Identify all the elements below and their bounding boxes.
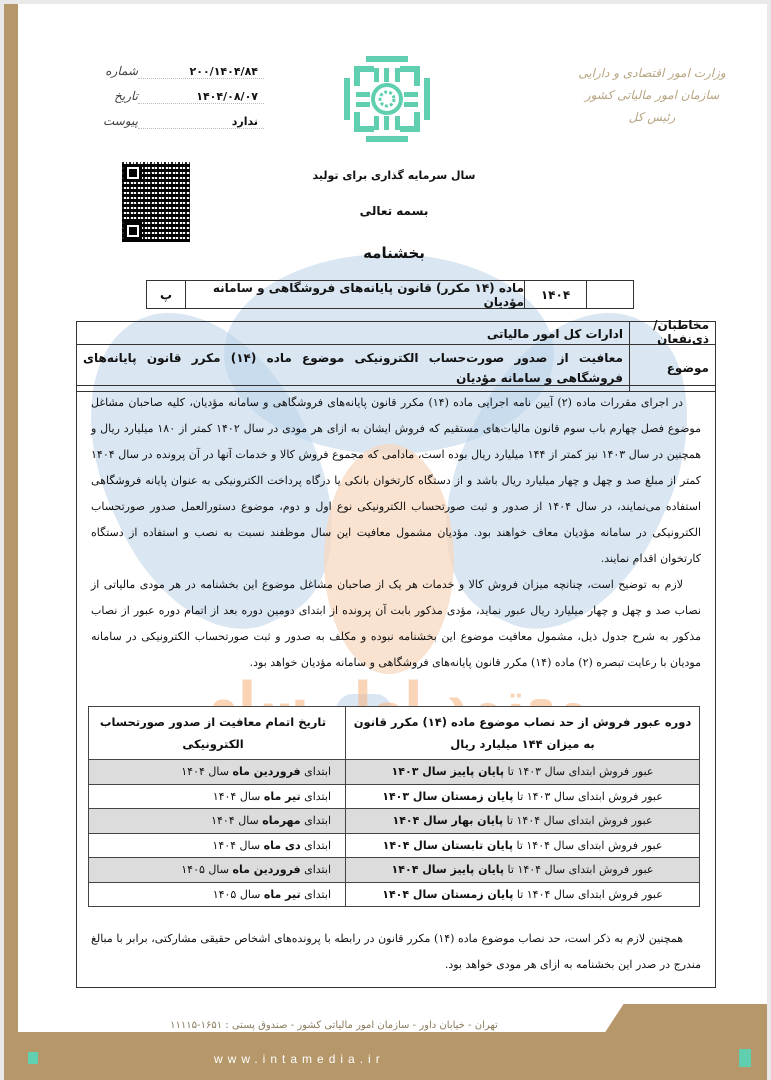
date-year: سال ۱۴۰۴ — [181, 765, 232, 778]
tax-organization-logo-icon — [344, 56, 430, 142]
letter-page: معتمد اول سام وزارت امور اقتصادی و دارای… — [4, 4, 767, 1080]
recipients-value: ادارات کل امور مالیاتی — [77, 322, 629, 344]
date-prefix: ابتدای — [301, 814, 331, 827]
period-prefix: عبور فروش ابتدای سال ۱۴۰۴ تا — [504, 863, 653, 876]
footer-bar — [4, 1032, 767, 1080]
invocation: بسمه تعالی — [244, 204, 544, 218]
table-header-row: دوره عبور فروش از حد نصاب موضوع ماده (۱۴… — [89, 707, 700, 760]
period-end: پایان بهار سال ۱۴۰۴ — [392, 814, 503, 827]
date-year: سال ۱۴۰۴ — [213, 790, 264, 803]
letter-date: ۱۴۰۴/۰۸/۰۷ — [138, 90, 264, 104]
footer-address: تهران - خیابان داور - سازمان امور مالیات… — [124, 1020, 544, 1031]
date-prefix: ابتدای — [301, 765, 331, 778]
body-paragraph-3: همچنین لازم به ذکر است، حد نصاب موضوع ما… — [91, 926, 701, 978]
period-end: پایان تابستان سال ۱۴۰۴ — [383, 839, 513, 852]
footer-website-link[interactable]: www.intamedia.ir — [214, 1052, 385, 1066]
period-prefix: عبور فروش ابتدای سال ۱۴۰۴ تا — [503, 814, 652, 827]
table-row: عبور فروش ابتدای سال ۱۴۰۴ تا پایان پاییز… — [89, 858, 700, 883]
period-prefix: عبور فروش ابتدای سال ۱۴۰۳ تا — [504, 765, 653, 778]
date-year: سال ۱۴۰۵ — [181, 863, 232, 876]
qr-code-icon — [122, 162, 190, 242]
attachment-label: پیوست — [94, 114, 138, 128]
date-month: تیر ماه — [264, 790, 301, 803]
period-end: پایان پاییز سال ۱۴۰۴ — [392, 863, 504, 876]
ministry-heading: وزارت امور اقتصادی و دارایی سازمان امور … — [557, 62, 747, 128]
attachment-row: ندارد پیوست — [94, 114, 264, 139]
table-row: عبور فروش ابتدای سال ۱۴۰۳ تا پایان زمستا… — [89, 784, 700, 809]
date-prefix: ابتدای — [301, 863, 331, 876]
accent-square-left-icon — [28, 1052, 38, 1064]
table-row: عبور فروش ابتدای سال ۱۴۰۴ تا پایان زمستا… — [89, 882, 700, 907]
footer-notch — [604, 1004, 767, 1034]
date-prefix: ابتدای — [301, 790, 331, 803]
date-month: فروردین ماه — [232, 863, 300, 876]
date-prefix: ابتدای — [301, 888, 331, 901]
subject-table: مخاطبان/ذی‌نفعان ادارات کل امور مالیاتی … — [76, 321, 716, 392]
letter-date-row: ۱۴۰۴/۰۸/۰۷ تاریخ — [94, 89, 264, 114]
attachment-value: ندارد — [138, 115, 264, 129]
code-blank-cell — [586, 281, 633, 308]
period-end: پایان پاییز سال ۱۴۰۳ — [392, 765, 504, 778]
date-month: فروردین ماه — [232, 765, 300, 778]
body-paragraph-2: لازم به توضیح است، چنانچه میزان فروش کال… — [91, 572, 701, 676]
document-type-title: بخشنامه — [244, 244, 544, 262]
table-row: عبور فروش ابتدای سال ۱۴۰۳ تا پایان پاییز… — [89, 760, 700, 785]
date-month: تیر ماه — [264, 888, 301, 901]
frame-left-bar — [4, 4, 18, 1080]
letter-number-label: شماره — [94, 64, 138, 78]
year-slogan: سال سرمایه گذاری برای تولید — [244, 169, 544, 182]
header-end-date: تاریخ اتمام معافیت از صدور صورتحساب الکت… — [89, 707, 346, 760]
date-prefix: ابتدای — [301, 839, 331, 852]
letter-meta: ۲۰۰/۱۴۰۴/۸۴ شماره ۱۴۰۴/۰۸/۰۷ تاریخ ندارد… — [94, 64, 264, 139]
period-prefix: عبور فروش ابتدای سال ۱۴۰۴ تا — [513, 839, 662, 852]
date-month: مهرماه — [262, 814, 300, 827]
table-row: عبور فروش ابتدای سال ۱۴۰۴ تا پایان بهار … — [89, 809, 700, 834]
table-row: عبور فروش ابتدای سال ۱۴۰۴ تا پایان تابست… — [89, 833, 700, 858]
letter-date-label: تاریخ — [94, 89, 138, 103]
period-end: پایان زمستان سال ۱۴۰۳ — [382, 790, 513, 803]
signatory-line: رئیس کل — [557, 106, 747, 128]
header-period: دوره عبور فروش از حد نصاب موضوع ماده (۱۴… — [346, 707, 700, 760]
letter-number-row: ۲۰۰/۱۴۰۴/۸۴ شماره — [94, 64, 264, 89]
recipients-label: مخاطبان/ذی‌نفعان — [629, 322, 715, 344]
code-year-cell: ۱۴۰۴ — [524, 281, 586, 308]
exemption-schedule-table: دوره عبور فروش از حد نصاب موضوع ماده (۱۴… — [88, 706, 700, 907]
period-prefix: عبور فروش ابتدای سال ۱۴۰۴ تا — [513, 888, 662, 901]
recipients-row: مخاطبان/ذی‌نفعان ادارات کل امور مالیاتی — [76, 321, 716, 344]
date-month: دی ماه — [264, 839, 301, 852]
date-year: سال ۱۴۰۴ — [212, 839, 263, 852]
letter-number: ۲۰۰/۱۴۰۴/۸۴ — [138, 65, 264, 79]
period-prefix: عبور فروش ابتدای سال ۱۴۰۳ تا — [513, 790, 662, 803]
date-year: سال ۱۴۰۵ — [213, 888, 264, 901]
ministry-line: وزارت امور اقتصادی و دارایی — [557, 62, 747, 84]
organization-line: سازمان امور مالیاتی کشور — [557, 84, 747, 106]
date-year: سال ۱۴۰۴ — [211, 814, 262, 827]
code-letter-cell: پ — [147, 281, 185, 308]
accent-square-right-icon — [739, 1049, 751, 1067]
body-paragraph-1: در اجرای مقررات ماده (۲) آیین نامه اجرای… — [91, 390, 701, 572]
period-end: پایان زمستان سال ۱۴۰۴ — [382, 888, 513, 901]
code-title-cell: ماده (۱۴ مکرر) قانون پایانه‌های فروشگاهی… — [185, 281, 524, 308]
circular-code-strip: ۱۴۰۴ ماده (۱۴ مکرر) قانون پایانه‌های فرو… — [146, 280, 634, 309]
